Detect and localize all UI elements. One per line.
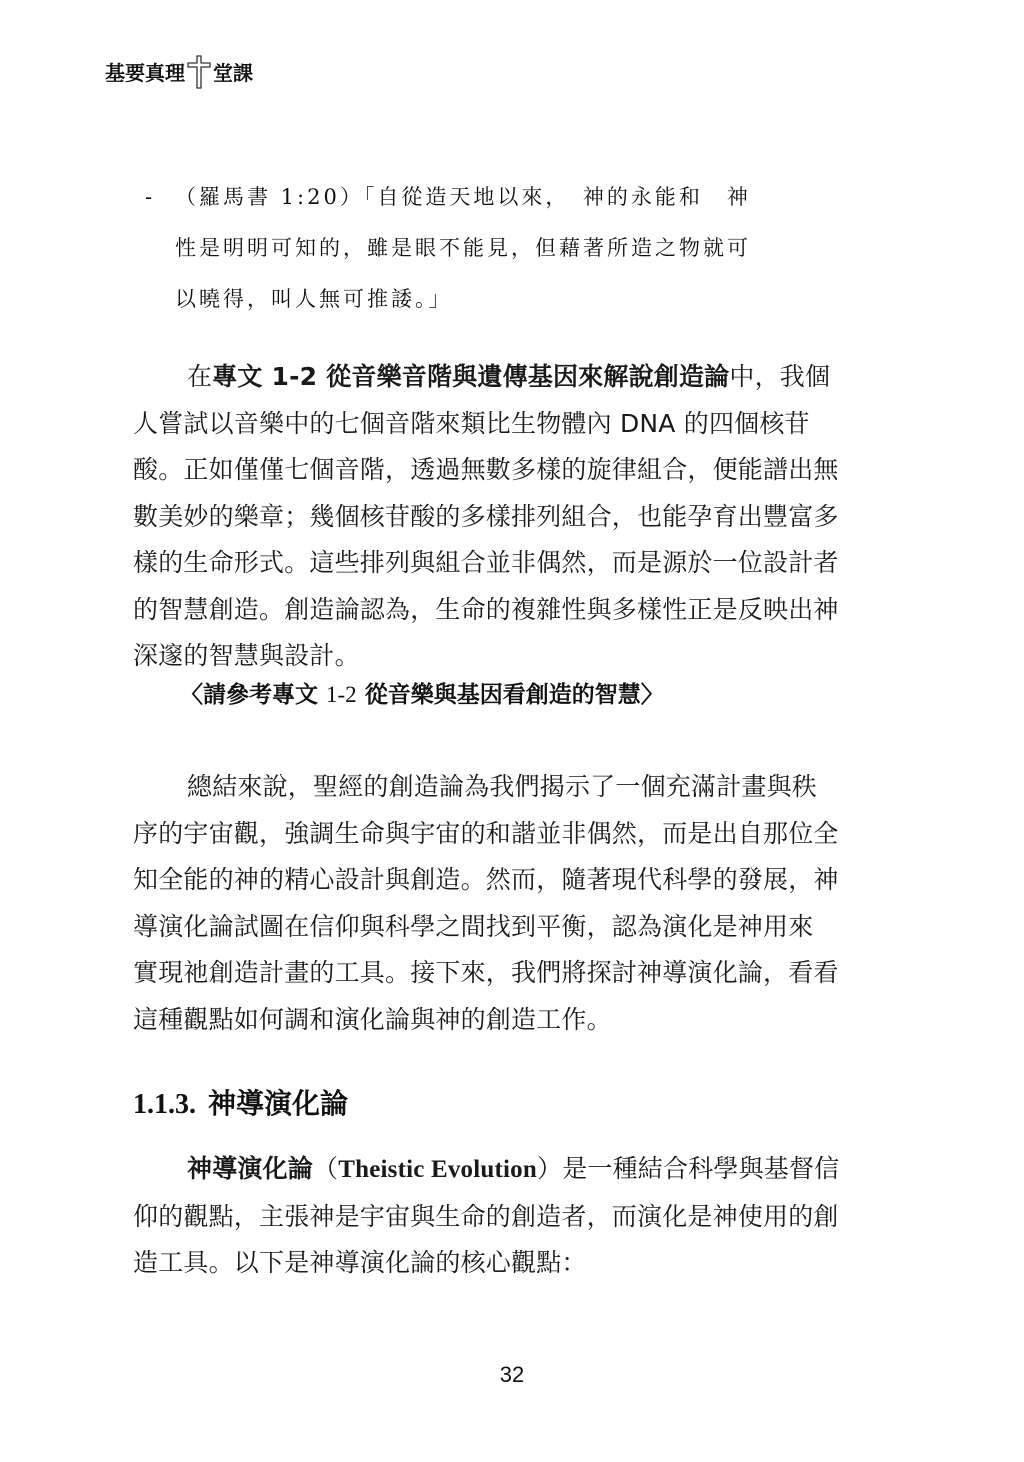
- paragraph-line: 深邃的智慧與設計。: [133, 633, 878, 680]
- paragraph-line: 實現祂創造計畫的工具。接下來，我們將探討神導演化論，看看: [133, 950, 878, 997]
- page-number: 32: [0, 1362, 1024, 1388]
- paragraph-line: 仰的觀點，主張神是宇宙與生命的創造者，而演化是神使用的創: [133, 1194, 878, 1241]
- reference-note: 〈請參考專文 1-2 從音樂與基因看創造的智慧〉: [180, 676, 664, 709]
- section-title: 神導演化論: [208, 1087, 348, 1120]
- paragraph-line: 酸。正如僅僅七個音階，透過無數多樣的旋律組合，便能譜出無: [133, 447, 878, 494]
- paragraph-line: 造工具。以下是神導演化論的核心觀點：: [133, 1240, 878, 1287]
- running-header: 基要真理 堂課: [105, 52, 253, 86]
- paragraph-line: 的智慧創造。創造論認為，生命的複雜性與多樣性正是反映出神: [133, 587, 878, 634]
- paragraph-summary: 總結來說，聖經的創造論為我們揭示了一個充滿計畫與秩 序的宇宙觀，強調生命與宇宙的…: [133, 764, 878, 1043]
- cross-reference-title: 專文 1-2 從音樂音階與遺傳基因來解說創造論: [212, 362, 729, 391]
- cross-icon: [186, 55, 212, 89]
- header-title-left: 基要真理: [105, 57, 185, 86]
- paragraph-line: 神導演化論（Theistic Evolution）是一種結合科學與基督信: [133, 1146, 878, 1194]
- english-term: Theistic Evolution: [338, 1156, 537, 1183]
- paragraph-line: 導演化論試圖在信仰與科學之間找到平衡，認為演化是神用來: [133, 904, 878, 951]
- bullet-dash: -: [145, 172, 155, 223]
- scripture-quote: - （羅馬書 1:20）「自從造天地以來， 神的永能和 神 性是明明可知的，雖是…: [145, 172, 845, 325]
- header-title-right: 堂課: [213, 57, 253, 86]
- quote-line: （羅馬書 1:20）「自從造天地以來， 神的永能和 神: [175, 172, 845, 223]
- paragraph-line: 人嘗試以音樂中的七個音階來類比生物體內 DNA 的四個核苷: [133, 401, 878, 448]
- section-number: 1.1.3.: [133, 1089, 196, 1120]
- section-heading: 1.1.3.神導演化論: [133, 1082, 348, 1122]
- paragraph-music-dna: 在專文 1-2 從音樂音階與遺傳基因來解說創造論中，我個 人嘗試以音樂中的七個音…: [133, 354, 878, 680]
- paragraph-line: 這種觀點如何調和演化論與神的創造工作。: [133, 997, 878, 1044]
- paragraph-line: 樣的生命形式。這些排列與組合並非偶然，而是源於一位設計者: [133, 540, 878, 587]
- quote-line: 性是明明可知的，雖是眼不能見，但藉著所造之物就可: [175, 223, 845, 274]
- paragraph-line: 總結來說，聖經的創造論為我們揭示了一個充滿計畫與秩: [133, 764, 878, 811]
- paragraph-line: 序的宇宙觀，強調生命與宇宙的和諧並非偶然，而是出自那位全: [133, 811, 878, 858]
- paragraph-line: 在專文 1-2 從音樂音階與遺傳基因來解說創造論中，我個: [133, 354, 878, 401]
- paragraph-line: 數美妙的樂章；幾個核苷酸的多樣排列組合，也能孕育出豐富多: [133, 494, 878, 541]
- paragraph-theistic-evolution: 神導演化論（Theistic Evolution）是一種結合科學與基督信 仰的觀…: [133, 1146, 878, 1287]
- bold-term: 神導演化論: [187, 1154, 313, 1183]
- quote-line: 以曉得，叫人無可推諉。」: [175, 274, 845, 325]
- paragraph-line: 知全能的神的精心設計與創造。然而，隨著現代科學的發展，神: [133, 857, 878, 904]
